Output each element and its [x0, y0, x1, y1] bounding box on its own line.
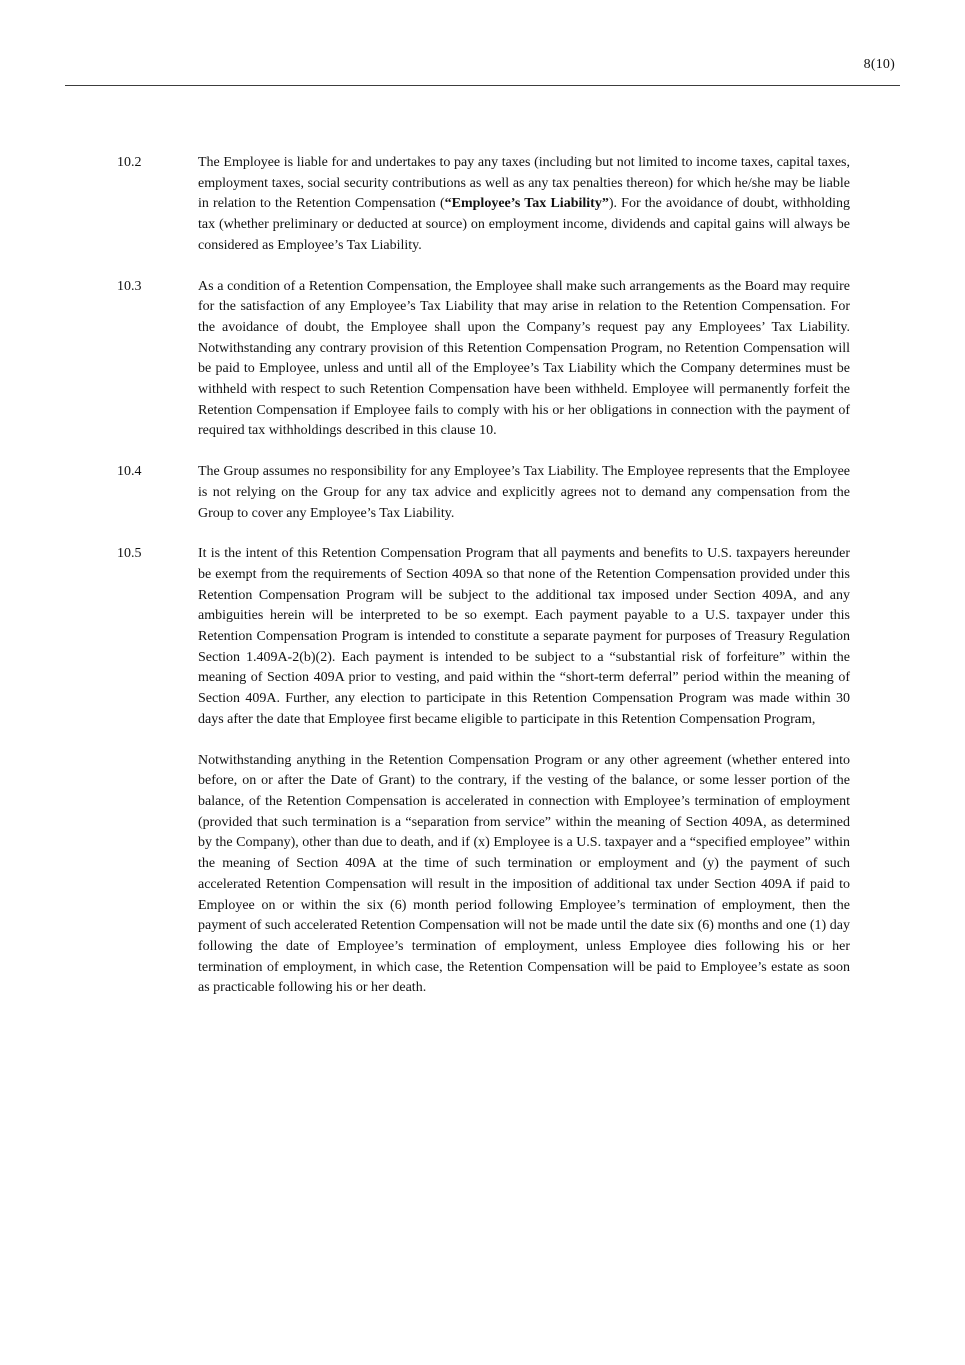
- clause-number: 10.4: [117, 462, 198, 483]
- clause-text: The Employee is liable for and undertake…: [198, 153, 850, 257]
- clause-text: It is the intent of this Retention Compe…: [198, 544, 850, 730]
- clause-text: Notwithstanding anything in the Retentio…: [198, 751, 850, 999]
- clause-number: 10.3: [117, 277, 198, 298]
- clause-text: The Group assumes no responsibility for …: [198, 462, 850, 524]
- clause-paragraph: 10.3 As a condition of a Retention Compe…: [117, 277, 850, 443]
- document-body: 10.2 The Employee is liable for and unde…: [117, 153, 850, 1019]
- clause-number: 10.5: [117, 544, 198, 565]
- clause-paragraph: 10.2 The Employee is liable for and unde…: [117, 153, 850, 257]
- header-divider: [65, 85, 900, 86]
- clause-paragraph: 10.5 It is the intent of this Retention …: [117, 544, 850, 730]
- clause-paragraph: 10.4 The Group assumes no responsibility…: [117, 462, 850, 524]
- clause-paragraph: Notwithstanding anything in the Retentio…: [117, 751, 850, 999]
- clause-number: 10.2: [117, 153, 198, 174]
- page-number: 8(10): [0, 57, 895, 73]
- clause-text: As a condition of a Retention Compensati…: [198, 277, 850, 443]
